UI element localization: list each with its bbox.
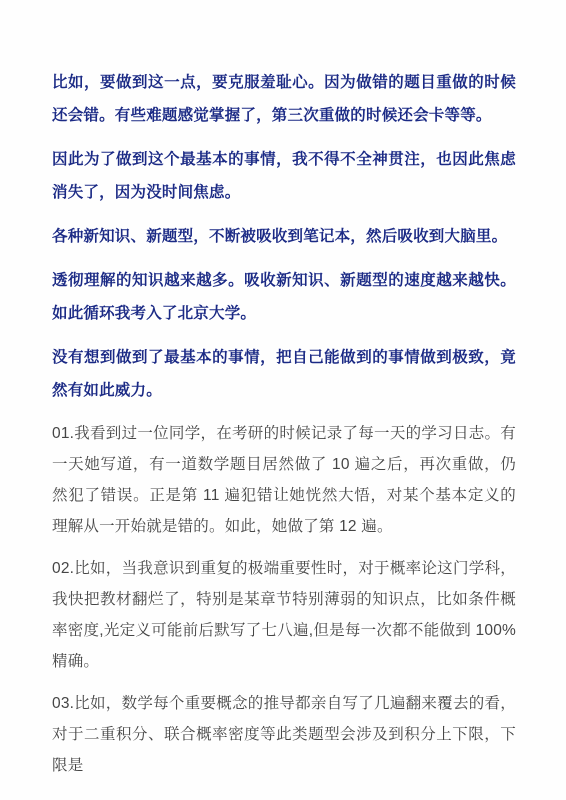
article-page: 比如，要做到这一点，要克服羞耻心。因为做错的题目重做的时候还会错。有些难题感觉掌… xyxy=(0,0,566,800)
numbered-paragraph-01: 01.我看到过一位同学，在考研的时候记录了每一天的学习日志。有一天她写道，有一道… xyxy=(52,418,516,542)
highlight-paragraph-4: 透彻理解的知识越来越多。吸收新知识、新题型的速度越来越快。如此循环我考入了北京大… xyxy=(52,264,516,330)
numbered-paragraph-02: 02.比如，当我意识到重复的极端重要性时，对于概率论这门学科，我快把教材翻烂了，… xyxy=(52,553,516,677)
highlight-paragraph-3: 各种新知识、新题型，不断被吸收到笔记本，然后吸收到大脑里。 xyxy=(52,220,516,253)
highlight-paragraph-2: 因此为了做到这个最基本的事情，我不得不全神贯注，也因此焦虑消失了，因为没时间焦虑… xyxy=(52,143,516,209)
highlight-paragraph-1: 比如，要做到这一点，要克服羞耻心。因为做错的题目重做的时候还会错。有些难题感觉掌… xyxy=(52,66,516,132)
highlight-paragraph-5: 没有想到做到了最基本的事情，把自己能做到的事情做到极致，竟然有如此威力。 xyxy=(52,341,516,407)
numbered-paragraph-03: 03.比如，数学每个重要概念的推导都亲自写了几遍翻来覆去的看，对于二重积分、联合… xyxy=(52,688,516,781)
